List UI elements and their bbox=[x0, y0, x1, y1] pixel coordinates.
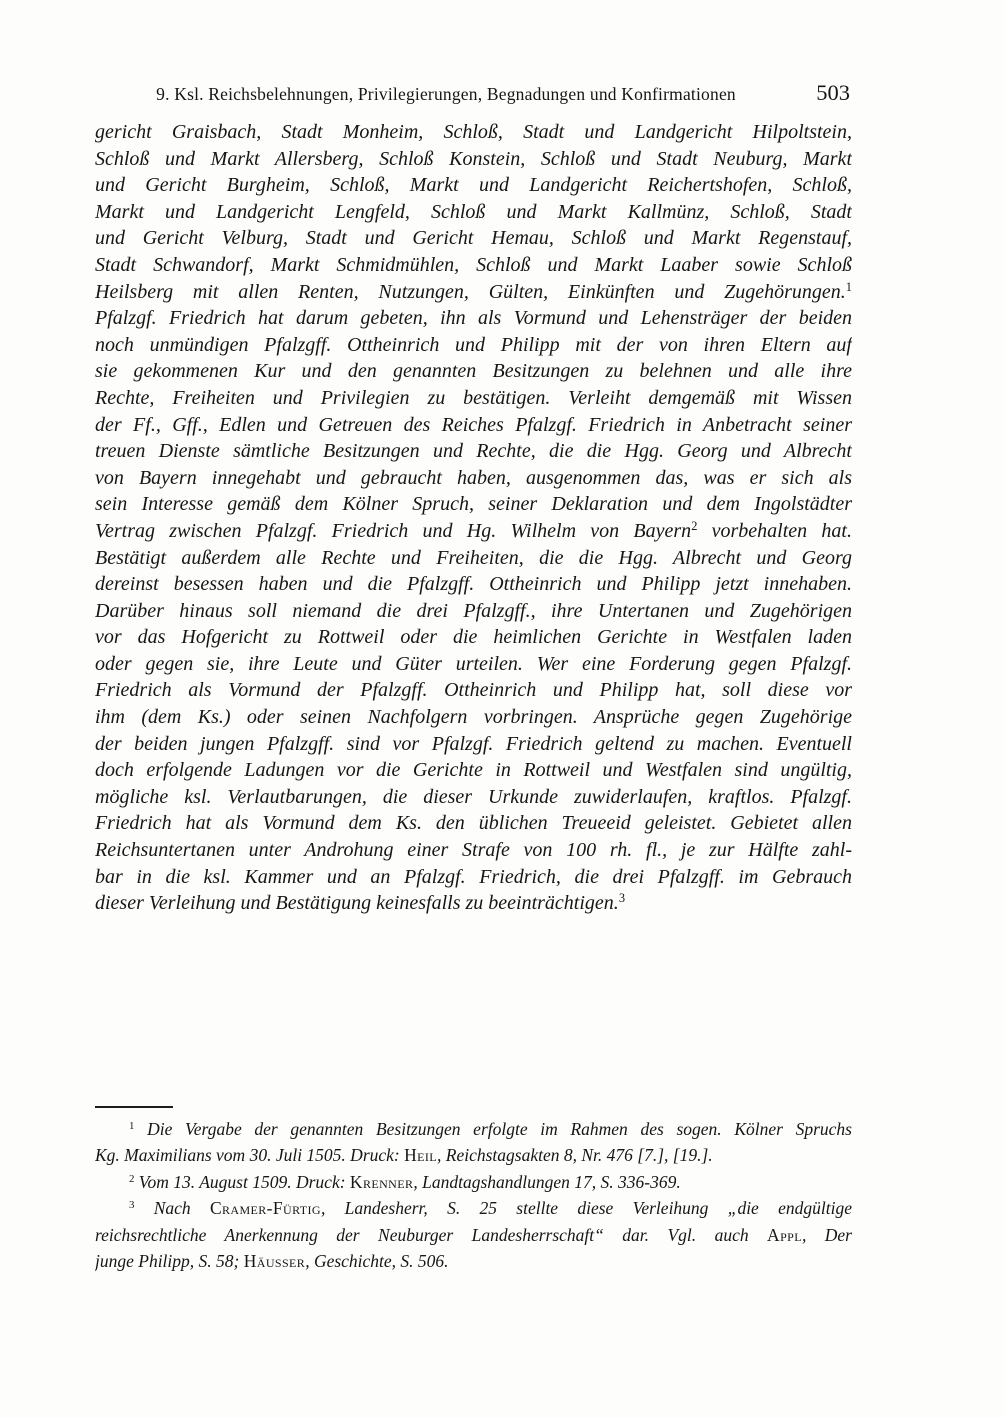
footnote-reference: 3 bbox=[619, 891, 625, 905]
body-text-line: Friedrich hat als Vormund dem Ks. den üb… bbox=[95, 810, 852, 837]
body-text-line: doch erfolgende Ladungen vor die Gericht… bbox=[95, 757, 852, 784]
body-text-line: mögliche ksl. Verlautbarungen, die diese… bbox=[95, 784, 852, 811]
body-text-line: Darüber hinaus soll niemand die drei Pfa… bbox=[95, 598, 852, 625]
small-caps-name: Häusser bbox=[244, 1251, 305, 1271]
footnote-lines: 1 Die Vergabe der genannten Besitzungen … bbox=[95, 1116, 852, 1274]
body-text-line: Pfalzgf. Friedrich hat darum gebeten, ih… bbox=[95, 305, 852, 332]
body-text-line: treuen Dienste sämtliche Besitzungen und… bbox=[95, 438, 852, 465]
body-text: gericht Graisbach, Stadt Monheim, Schloß… bbox=[95, 119, 852, 917]
footnote-reference: 1 bbox=[129, 1120, 134, 1132]
body-text-line: oder gegen sie, ihre Leute und Güter urt… bbox=[95, 651, 852, 678]
body-text-line: und Gericht Velburg, Stadt und Gericht H… bbox=[95, 225, 852, 252]
body-text-line: und Gericht Burgheim, Schloß, Markt und … bbox=[95, 172, 852, 199]
body-text-line: dereinst besessen haben und die Pfalzgff… bbox=[95, 571, 852, 598]
body-text-line: Schloß und Markt Allersberg, Schloß Kons… bbox=[95, 146, 852, 173]
page-header: 9. Ksl. Reichsbelehnungen, Privilegierun… bbox=[95, 84, 852, 110]
footnote-reference: 2 bbox=[691, 519, 697, 533]
footnote-line: junge Philipp, S. 58; Häusser, Geschicht… bbox=[95, 1248, 852, 1274]
body-text-line: Rechte, Freiheiten und Privilegien zu be… bbox=[95, 385, 852, 412]
footnote-line: 3 Nach Cramer-Fürtig, Landesherr, S. 25 … bbox=[95, 1195, 852, 1221]
body-text-line: bar in die ksl. Kammer und an Pfalzgf. F… bbox=[95, 864, 852, 891]
small-caps-name: Cramer-Fürtig bbox=[210, 1198, 321, 1218]
small-caps-name: Heil bbox=[404, 1145, 437, 1165]
footnote-reference: 1 bbox=[846, 280, 852, 294]
footnote-reference: 2 bbox=[129, 1173, 134, 1185]
footnote-line: 1 Die Vergabe der genannten Besitzungen … bbox=[95, 1116, 852, 1142]
page-number: 503 bbox=[816, 80, 850, 106]
body-text-line: Bestätigt außerdem alle Rechte und Freih… bbox=[95, 545, 852, 572]
small-caps-name: Krenner bbox=[350, 1172, 413, 1192]
footnotes-section: 1 Die Vergabe der genannten Besitzungen … bbox=[95, 1106, 852, 1274]
body-text-line: Reichsuntertanen unter Androhung einer S… bbox=[95, 837, 852, 864]
body-text-line: dieser Verleihung und Bestätigung keines… bbox=[95, 890, 852, 917]
footnote-line: Kg. Maximilians vom 30. Juli 1505. Druck… bbox=[95, 1142, 852, 1168]
footnote-separator-rule bbox=[95, 1106, 173, 1108]
body-text-line: Heilsberg mit allen Renten, Nutzungen, G… bbox=[95, 279, 852, 306]
footnote-line: 2 Vom 13. August 1509. Druck: Krenner, L… bbox=[95, 1169, 852, 1195]
body-text-line: Markt und Landgericht Lengfeld, Schloß u… bbox=[95, 199, 852, 226]
body-text-line: ihm (dem Ks.) oder seinen Nachfolgern vo… bbox=[95, 704, 852, 731]
body-text-line: gericht Graisbach, Stadt Monheim, Schloß… bbox=[95, 119, 852, 146]
body-text-line: von Bayern innegehabt und gebraucht habe… bbox=[95, 465, 852, 492]
body-text-line: noch unmündigen Pfalzgff. Ottheinrich un… bbox=[95, 332, 852, 359]
body-text-line: Vertrag zwischen Pfalzgf. Friedrich und … bbox=[95, 518, 852, 545]
running-title: 9. Ksl. Reichsbelehnungen, Privilegierun… bbox=[95, 84, 797, 105]
small-caps-name: Appl bbox=[767, 1225, 802, 1245]
body-text-line: der beiden jungen Pfalzgff. sind vor Pfa… bbox=[95, 731, 852, 758]
footnote-line: reichsrechtliche Anerkennung der Neuburg… bbox=[95, 1222, 852, 1248]
body-text-line: Friedrich als Vormund der Pfalzgff. Otth… bbox=[95, 677, 852, 704]
footnote-reference: 3 bbox=[129, 1199, 134, 1211]
body-text-line: Stadt Schwandorf, Markt Schmidmühlen, Sc… bbox=[95, 252, 852, 279]
body-text-line: vor das Hofgericht zu Rottweil oder die … bbox=[95, 624, 852, 651]
book-page: 9. Ksl. Reichsbelehnungen, Privilegierun… bbox=[0, 0, 1004, 1418]
body-text-line: sein Interesse gemäß dem Kölner Spruch, … bbox=[95, 491, 852, 518]
body-text-line: der Ff., Gff., Edlen und Getreuen des Re… bbox=[95, 412, 852, 439]
body-text-line: sie gekommenen Kur und den genannten Bes… bbox=[95, 358, 852, 385]
